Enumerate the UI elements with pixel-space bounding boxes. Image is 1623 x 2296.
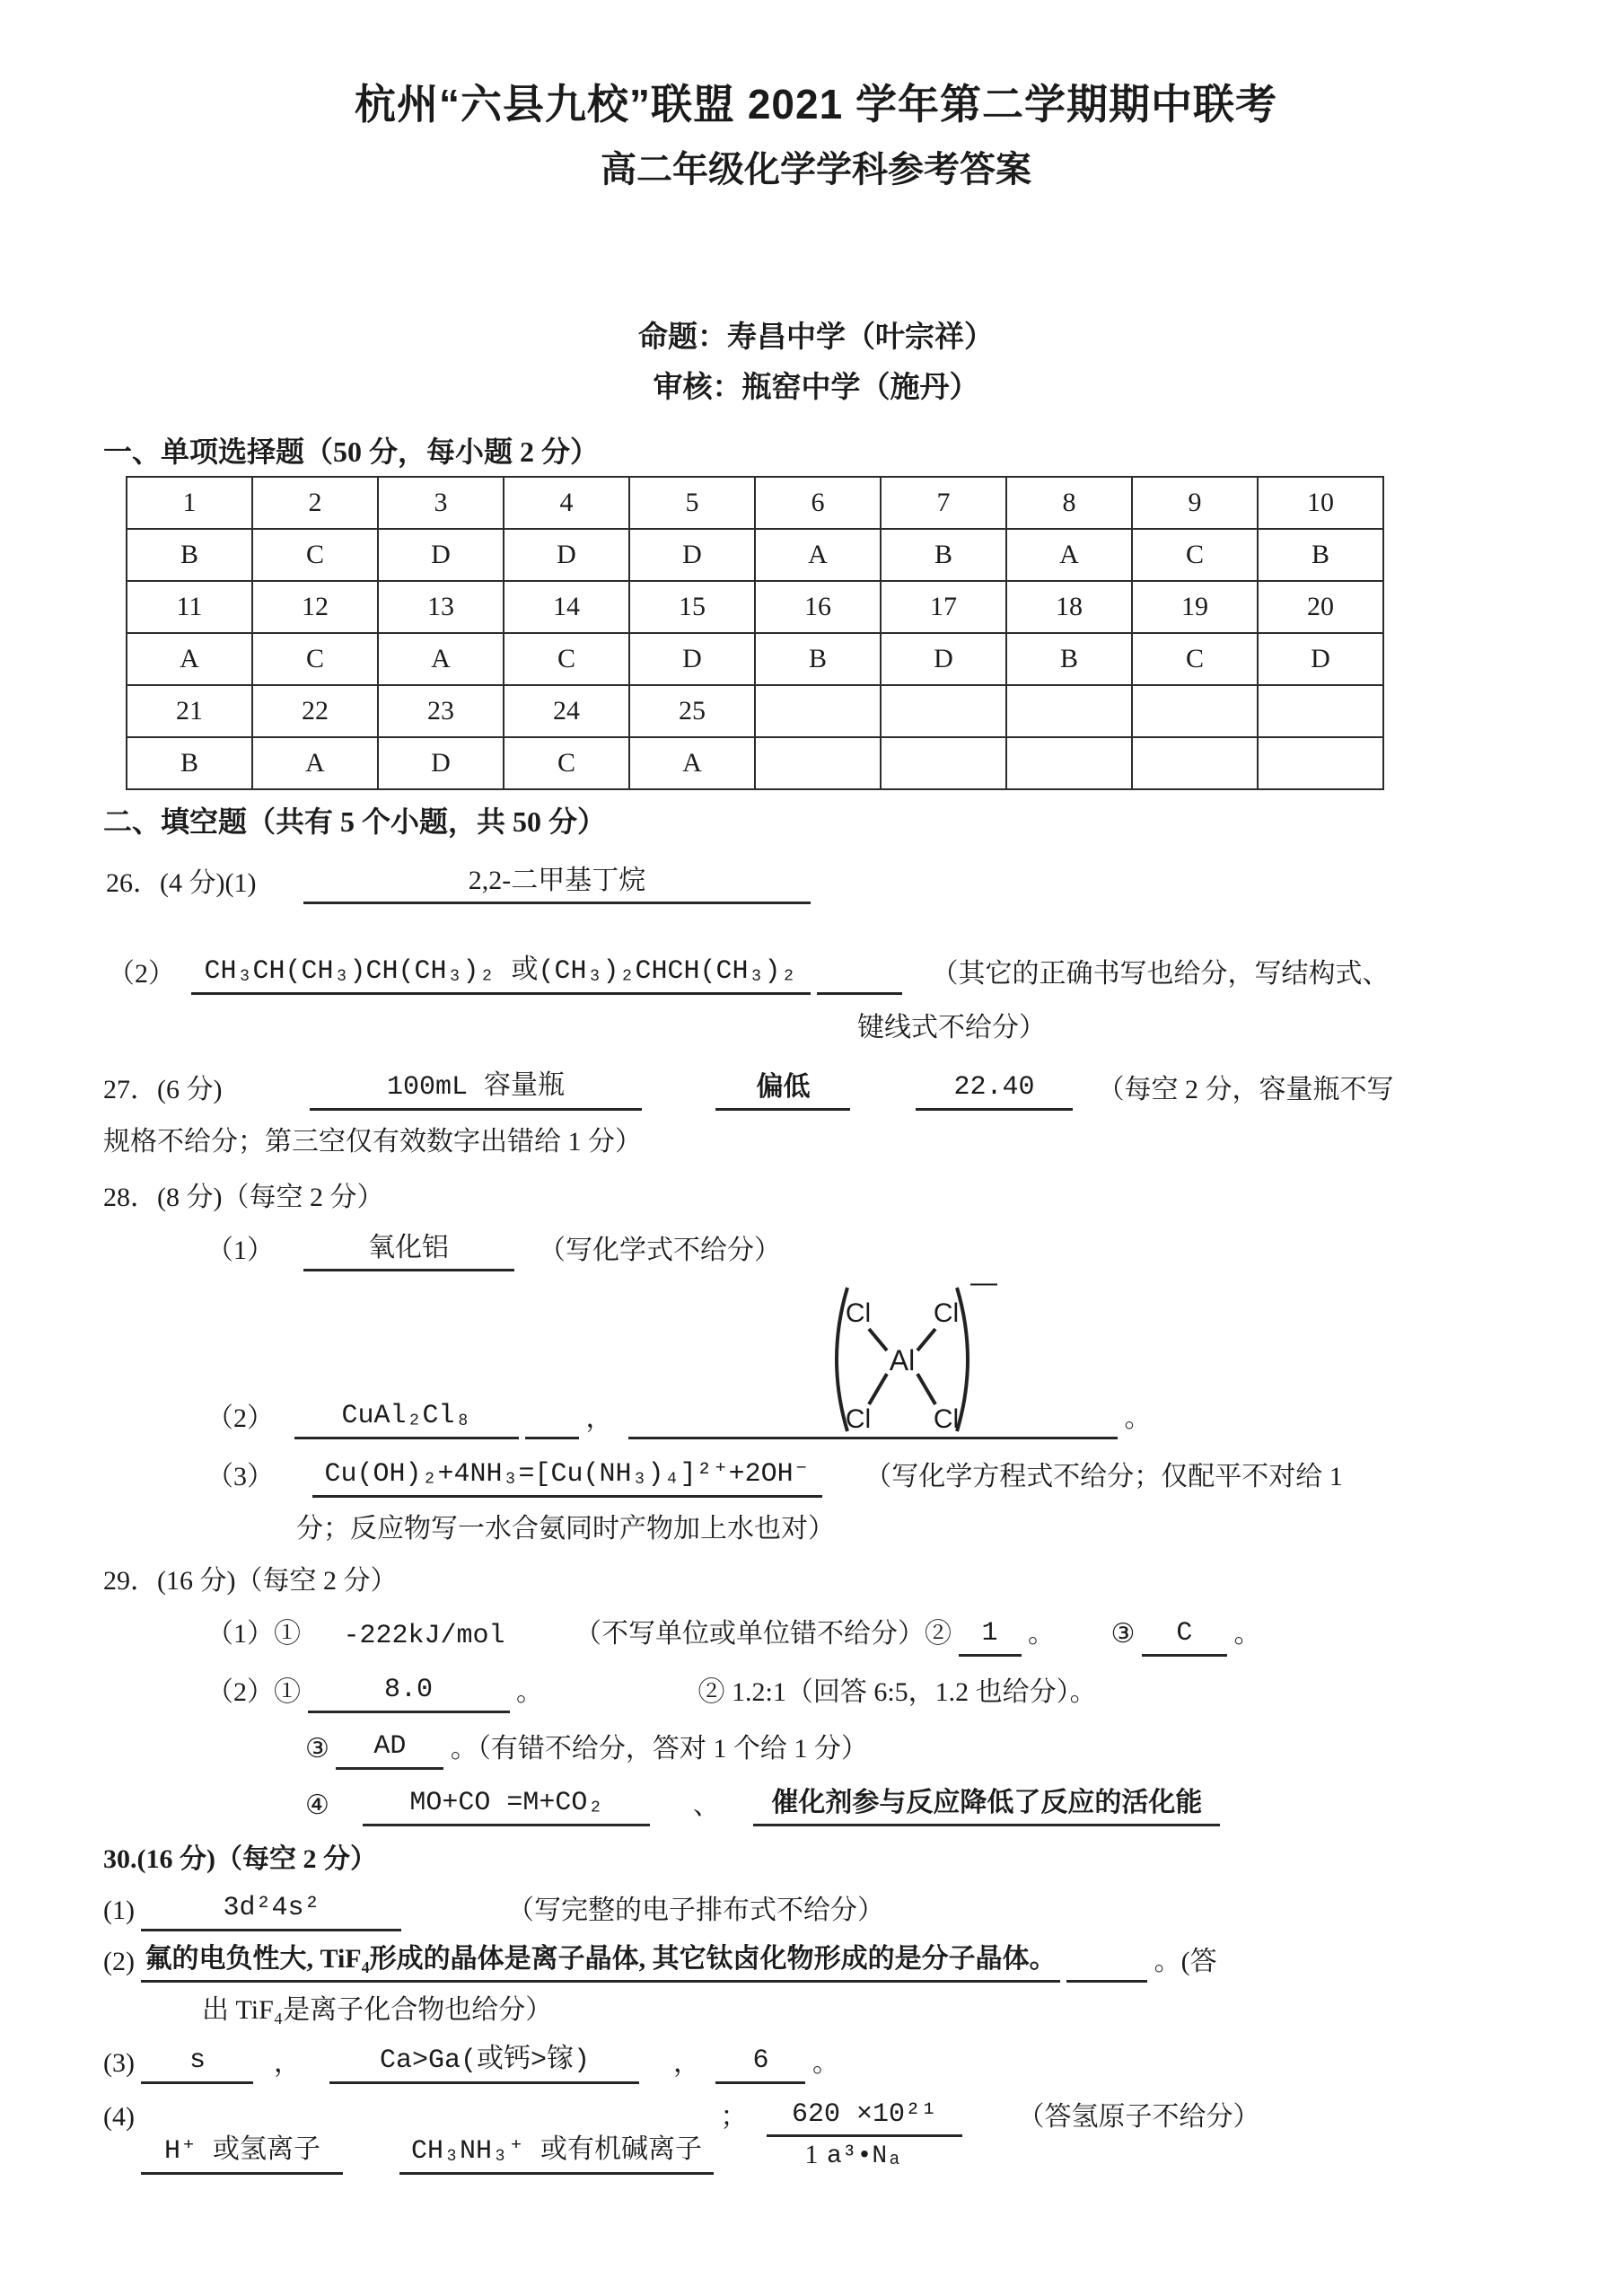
q28-item1-note: （写化学式不给分） bbox=[539, 1236, 781, 1265]
q26-label2: （2） bbox=[108, 959, 175, 989]
q29-line3-note: 。（有错不给分，答对 1 个给 1 分） bbox=[451, 1734, 868, 1764]
answer-cell: D bbox=[629, 633, 755, 685]
q29-line1-answer3: C bbox=[1142, 1613, 1227, 1657]
proposer-line: 命题：寿昌中学（叶宗祥） bbox=[103, 318, 1529, 356]
answer-cell: 6 bbox=[755, 477, 881, 529]
charge-label: — bbox=[970, 1275, 997, 1298]
q26-label: 26．(4 分)(1) bbox=[106, 868, 256, 898]
section2-heading: 二、填空题（共有 5 个小题，共 50 分） bbox=[103, 803, 1529, 840]
answer-cell: 7 bbox=[881, 477, 1006, 529]
answer-cell: C bbox=[504, 737, 629, 789]
bond-line bbox=[869, 1329, 887, 1350]
answer-cell: 24 bbox=[504, 685, 629, 737]
q30-line1-note: （写完整的电子排布式不给分） bbox=[507, 1896, 884, 1925]
q30-line2: (2) 氟的电负性大, TiF₄形成的晶体是离子晶体, 其它钛卤化物形成的是分子… bbox=[103, 1939, 1529, 1983]
q28-item3-note1: （写化学方程式不给分；仅配平不对给 1 bbox=[864, 1462, 1343, 1491]
q29-line4: ④ MO+CO =M+CO₂ 、 催化剂参与反应降低了反应的活化能 bbox=[305, 1782, 1529, 1826]
answer-cell bbox=[881, 685, 1006, 737]
q30-line3-sep2: ， bbox=[673, 2048, 700, 2078]
q29-line3: ③ AD 。（有错不给分，答对 1 个给 1 分） bbox=[305, 1726, 1529, 1770]
q27-blank1: 100mL 容量瓶 bbox=[310, 1067, 642, 1111]
answer-cell: 1 bbox=[127, 477, 252, 529]
q26-note2: 键线式不给分） bbox=[857, 1009, 1529, 1047]
answer-cell: 25 bbox=[629, 685, 755, 737]
q29-line1-answer1: -222kJ/mol bbox=[344, 1621, 505, 1651]
answer-cell: B bbox=[755, 633, 881, 685]
q28-item1: （1） 氧化铝 （写化学式不给分） bbox=[206, 1227, 1529, 1271]
blank-underline bbox=[525, 1437, 579, 1439]
q29-line2-pre: （2）① bbox=[206, 1677, 301, 1707]
q28-label: 28．(8 分)（每空 2 分） bbox=[103, 1179, 1529, 1217]
q30-line2-note1: 。(答 bbox=[1154, 1947, 1217, 1976]
q26-line2: （2） CH₃CH(CH₃)CH(CH₃)₂ 或(CH₃)₂CHCH(CH₃)₂… bbox=[108, 951, 1529, 995]
q28-item3-note2: 分；反应物写一水合氨同时产物加上水也对） bbox=[296, 1510, 1529, 1548]
q26-line1: 26．(4 分)(1) 2,2-二甲基丁烷 bbox=[106, 860, 1529, 904]
q29-line1-end: 。 bbox=[1233, 1619, 1260, 1649]
answer-cell bbox=[1006, 737, 1132, 789]
page-number: 1 bbox=[0, 2140, 1623, 2170]
answer-cell: D bbox=[629, 529, 755, 581]
q29-line2-sep: 。 bbox=[516, 1677, 543, 1707]
answer-cell: D bbox=[881, 633, 1006, 685]
answer-cell: 21 bbox=[127, 685, 252, 737]
answer-cell: B bbox=[127, 737, 252, 789]
answer-cell bbox=[1258, 737, 1383, 789]
answer-cell: C bbox=[1132, 633, 1258, 685]
q30-line4-note: （答氢原子不给分） bbox=[1018, 2102, 1260, 2132]
answer-cell: 19 bbox=[1132, 581, 1258, 633]
answer-cell bbox=[1132, 685, 1258, 737]
q29-line1-note: （不写单位或单位错不给分）② bbox=[575, 1619, 952, 1649]
answer-cell: 5 bbox=[629, 477, 755, 529]
q29-line2: （2）① 8.0 。 ② 1.2:1（回答 6:5，1.2 也给分）。 bbox=[206, 1669, 1529, 1713]
q30-line3-sep1: ， bbox=[274, 2048, 301, 2078]
answer-cell: 3 bbox=[378, 477, 504, 529]
q29-line1-pre3: ③ bbox=[1111, 1619, 1136, 1649]
answer-cell: D bbox=[378, 529, 504, 581]
answer-cell bbox=[1258, 685, 1383, 737]
answer-table: 12345678910BCDDDABACB1112131415161718192… bbox=[126, 476, 1384, 790]
answer-cell: 22 bbox=[252, 685, 378, 737]
answer-cell: D bbox=[504, 529, 629, 581]
q29-line4-sep: 、 bbox=[693, 1790, 720, 1820]
answer-cell: A bbox=[127, 633, 252, 685]
answer-cell: 17 bbox=[881, 581, 1006, 633]
q29-line1-answer2: 1 bbox=[959, 1613, 1022, 1657]
q29-line1-sep: 。 bbox=[1028, 1619, 1055, 1649]
answer-cell: B bbox=[1258, 529, 1383, 581]
answer-cell: 12 bbox=[252, 581, 378, 633]
q29-line3-pre: ③ bbox=[305, 1734, 329, 1764]
q30-line3-answer2: Ca>Ga(或钙>镓) bbox=[329, 2040, 639, 2084]
ligand-label: Cl bbox=[934, 1298, 959, 1328]
q28-item1-label: （1） bbox=[206, 1236, 274, 1265]
answer-cell: 18 bbox=[1006, 581, 1132, 633]
answer-cell: 15 bbox=[629, 581, 755, 633]
q28-item2-separator: ， bbox=[586, 1403, 613, 1433]
q30-label: 30.(16 分)（每空 2 分） bbox=[103, 1841, 1529, 1878]
q30-line4-sep: ； bbox=[720, 2102, 747, 2132]
q29-line4-answer1: MO+CO =M+CO₂ bbox=[363, 1782, 650, 1826]
q30-line1: (1) 3d²4s² （写完整的电子排布式不给分） bbox=[103, 1887, 1529, 1931]
answer-cell: 11 bbox=[127, 581, 252, 633]
page-subtitle: 高二年级化学学科参考答案 bbox=[103, 147, 1529, 192]
exam-answer-page: 杭州“六县九校”联盟 2021 学年第二学期期中联考 高二年级化学学科参考答案 … bbox=[0, 0, 1623, 2296]
bond-line bbox=[917, 1329, 935, 1350]
q27-label: 27．(6 分) bbox=[103, 1075, 222, 1104]
q30-line3: (3) s ， Ca>Ga(或钙>镓) ， 6 。 bbox=[103, 2040, 1529, 2084]
central-atom-label: Al bbox=[890, 1344, 915, 1377]
q26-blank2: CH₃CH(CH₃)CH(CH₃)₂ 或(CH₃)₂CHCH(CH₃)₂ bbox=[191, 951, 811, 995]
q30-line1-answer: 3d²4s² bbox=[141, 1887, 401, 1931]
q28-item3: （3） Cu(OH)₂+4NH₃=[Cu(NH₃)₄]²⁺+2OH⁻ （写化学方… bbox=[206, 1454, 1529, 1498]
q29-line2-answer1: 8.0 bbox=[308, 1669, 510, 1713]
q26-note1: （其它的正确书写也给分，写结构式、 bbox=[932, 959, 1390, 989]
q29-label: 29．(16 分)（每空 2 分） bbox=[103, 1562, 1529, 1600]
reviewer-line: 审核：瓶窑中学（施丹） bbox=[103, 368, 1529, 406]
q30-line2-answer: 氟的电负性大, TiF₄形成的晶体是离子晶体, 其它钛卤化物形成的是分子晶体。 bbox=[141, 1939, 1059, 1983]
table-row: ACACDBDBCD bbox=[127, 633, 1383, 685]
answer-cell: 20 bbox=[1258, 581, 1383, 633]
q28-item1-blank: 氧化铝 bbox=[303, 1227, 514, 1271]
q29-line4-answer2: 催化剂参与反应降低了反应的活化能 bbox=[753, 1782, 1220, 1826]
section1-heading: 一、单项选择题（50 分，每小题 2 分） bbox=[103, 433, 1529, 471]
fraction-numerator: 620 ×10²¹ bbox=[767, 2097, 962, 2137]
answer-cell: C bbox=[1132, 529, 1258, 581]
answer-cell: B bbox=[127, 529, 252, 581]
q26-blank1: 2,2-二甲基丁烷 bbox=[303, 860, 811, 904]
q30-line2-note2: 出 TiF₄是离子化合物也给分） bbox=[202, 1992, 1529, 2029]
q29-line3-answer: AD bbox=[336, 1726, 443, 1770]
answer-cell: A bbox=[629, 737, 755, 789]
q28-item3-equation: Cu(OH)₂+4NH₃=[Cu(NH₃)₄]²⁺+2OH⁻ bbox=[312, 1454, 822, 1498]
answer-cell: D bbox=[1258, 633, 1383, 685]
ligand-label: Cl bbox=[846, 1298, 871, 1328]
answer-cell: C bbox=[252, 633, 378, 685]
answer-cell: 10 bbox=[1258, 477, 1383, 529]
answer-cell bbox=[1132, 737, 1258, 789]
answer-cell: A bbox=[1006, 529, 1132, 581]
answer-cell: 2 bbox=[252, 477, 378, 529]
blank-underline bbox=[1066, 1980, 1147, 1983]
answer-cell bbox=[1006, 685, 1132, 737]
answer-cell: C bbox=[504, 633, 629, 685]
q28-item3-label: （3） bbox=[206, 1462, 274, 1491]
answer-cell: B bbox=[1006, 633, 1132, 685]
table-row: BADCA bbox=[127, 737, 1383, 789]
q30-line3-answer3: 6 bbox=[715, 2040, 805, 2084]
answer-cell: 14 bbox=[504, 581, 629, 633]
answer-cell: 13 bbox=[378, 581, 504, 633]
answer-cell: A bbox=[755, 529, 881, 581]
q28-item2-label: （2） bbox=[206, 1403, 274, 1433]
q27-note1: （每空 2 分，容量瓶不写 bbox=[1097, 1075, 1393, 1104]
blank-underline bbox=[817, 992, 902, 995]
q30-line3-answer1: s bbox=[141, 2040, 253, 2084]
q30-line2-pre: (2) bbox=[103, 1947, 135, 1976]
answer-cell: 8 bbox=[1006, 477, 1132, 529]
q28-item2: （2） CuAl₂Cl₈ ， 。 bbox=[206, 1395, 1529, 1439]
answer-cell bbox=[881, 737, 1006, 789]
table-row: 11121314151617181920 bbox=[127, 581, 1383, 633]
table-row: BCDDDABACB bbox=[127, 529, 1383, 581]
answer-cell: A bbox=[378, 633, 504, 685]
q27-note2: 规格不给分；第三空仅有效数字出错给 1 分） bbox=[103, 1123, 1529, 1161]
answer-cell bbox=[755, 737, 881, 789]
table-row: 2122232425 bbox=[127, 685, 1383, 737]
q28-item2-blank: CuAl₂Cl₈ bbox=[294, 1395, 519, 1439]
page-title: 杭州“六县九校”联盟 2021 学年第二学期期中联考 bbox=[103, 79, 1529, 129]
answer-cell: D bbox=[378, 737, 504, 789]
q30-line4-pre: (4) bbox=[103, 2102, 135, 2132]
answer-table-body: 12345678910BCDDDABACB1112131415161718192… bbox=[127, 477, 1383, 789]
q29-line1: （1）① -222kJ/mol （不写单位或单位错不给分）② 1 。 ③ C 。 bbox=[206, 1613, 1529, 1657]
q30-line3-pre: (3) bbox=[103, 2048, 135, 2078]
answer-cell: A bbox=[252, 737, 378, 789]
table-row: 12345678910 bbox=[127, 477, 1383, 529]
answer-cell: B bbox=[881, 529, 1006, 581]
q27-line1: 27．(6 分) 100mL 容量瓶 偏低 22.40 （每空 2 分，容量瓶不… bbox=[103, 1067, 1529, 1111]
q27-blank3: 22.40 bbox=[916, 1067, 1073, 1111]
answer-cell: 16 bbox=[755, 581, 881, 633]
q29-line1-pre: （1）① bbox=[206, 1619, 301, 1649]
q28-item2-period: 。 bbox=[1125, 1403, 1152, 1433]
answer-cell: 4 bbox=[504, 477, 629, 529]
q27-blank2: 偏低 bbox=[715, 1067, 850, 1111]
q29-line2-part2: ② 1.2:1（回答 6:5，1.2 也给分）。 bbox=[698, 1677, 1097, 1707]
q29-line4-pre: ④ bbox=[305, 1790, 329, 1820]
answer-cell bbox=[755, 685, 881, 737]
q30-line3-end: 。 bbox=[812, 2048, 839, 2078]
answer-cell: C bbox=[252, 529, 378, 581]
blank-underline bbox=[628, 1437, 1118, 1439]
q30-line1-pre: (1) bbox=[103, 1896, 135, 1925]
answer-cell: 9 bbox=[1132, 477, 1258, 529]
answer-cell: 23 bbox=[378, 685, 504, 737]
